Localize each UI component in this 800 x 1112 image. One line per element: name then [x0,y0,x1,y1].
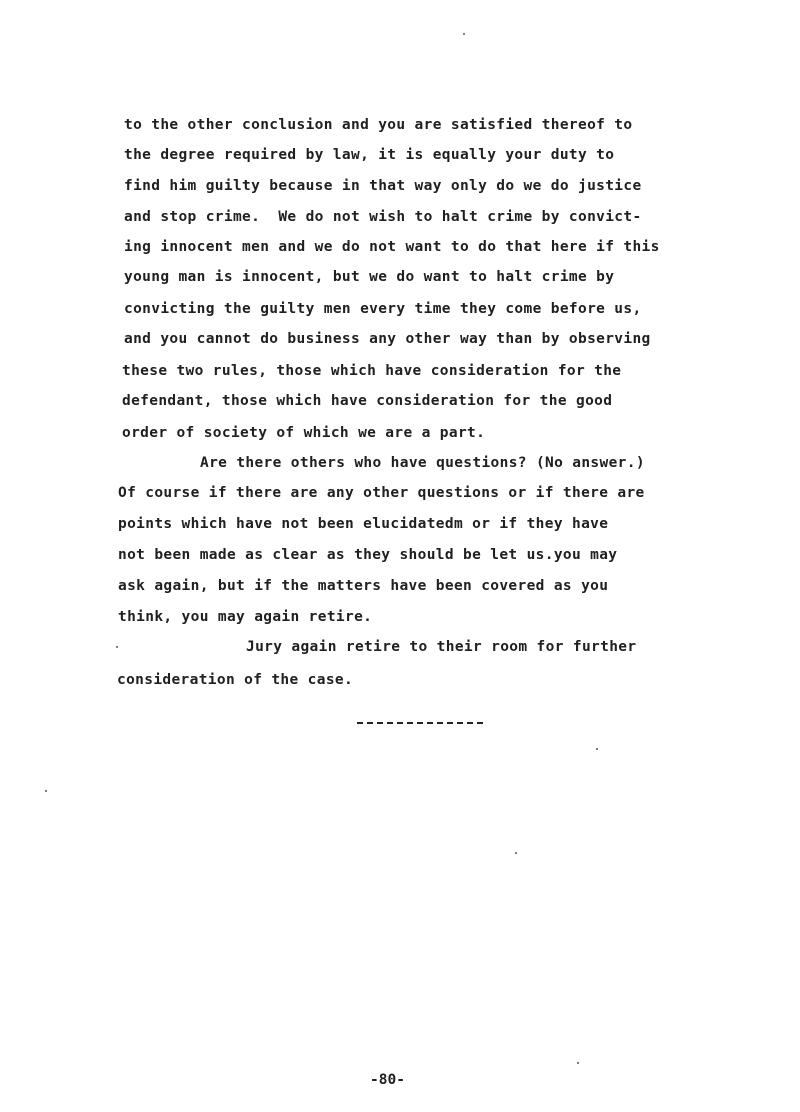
page-number: -80- [370,1072,405,1088]
text-line: points which have not been elucidatedm o… [118,515,608,533]
scan-speck [463,33,465,35]
text-line: young man is innocent, but we do want to… [124,268,614,286]
scan-speck [596,748,598,750]
text-line: consideration of the case. [117,671,353,689]
scan-speck [45,790,47,792]
text-line: ing innocent men and we do not want to d… [124,238,660,256]
text-line: order of society of which we are a part. [122,424,485,442]
text-line: the degree required by law, it is equall… [124,146,614,164]
text-line: and stop crime. We do not wish to halt c… [124,208,642,226]
text-line: Jury again retire to their room for furt… [246,638,636,656]
text-line: ask again, but if the matters have been … [118,577,608,595]
document-page: to the other conclusion and you are sati… [0,0,800,1112]
scan-speck [577,1062,579,1064]
text-line: these two rules, those which have consid… [122,362,621,380]
text-line: not been made as clear as they should be… [118,546,617,564]
text-line: Are there others who have questions? (No… [200,454,645,472]
text-line: convicting the guilty men every time the… [124,300,642,318]
text-line: Of course if there are any other questio… [118,484,645,502]
section-separator [357,722,483,724]
text-line: to the other conclusion and you are sati… [124,116,632,134]
text-line: and you cannot do business any other way… [124,330,651,348]
text-line: defendant, those which have consideratio… [122,392,612,410]
scan-speck [515,852,517,854]
scan-speck [116,646,118,648]
text-line: think, you may again retire. [118,608,372,626]
text-line: find him guilty because in that way only… [124,177,642,195]
